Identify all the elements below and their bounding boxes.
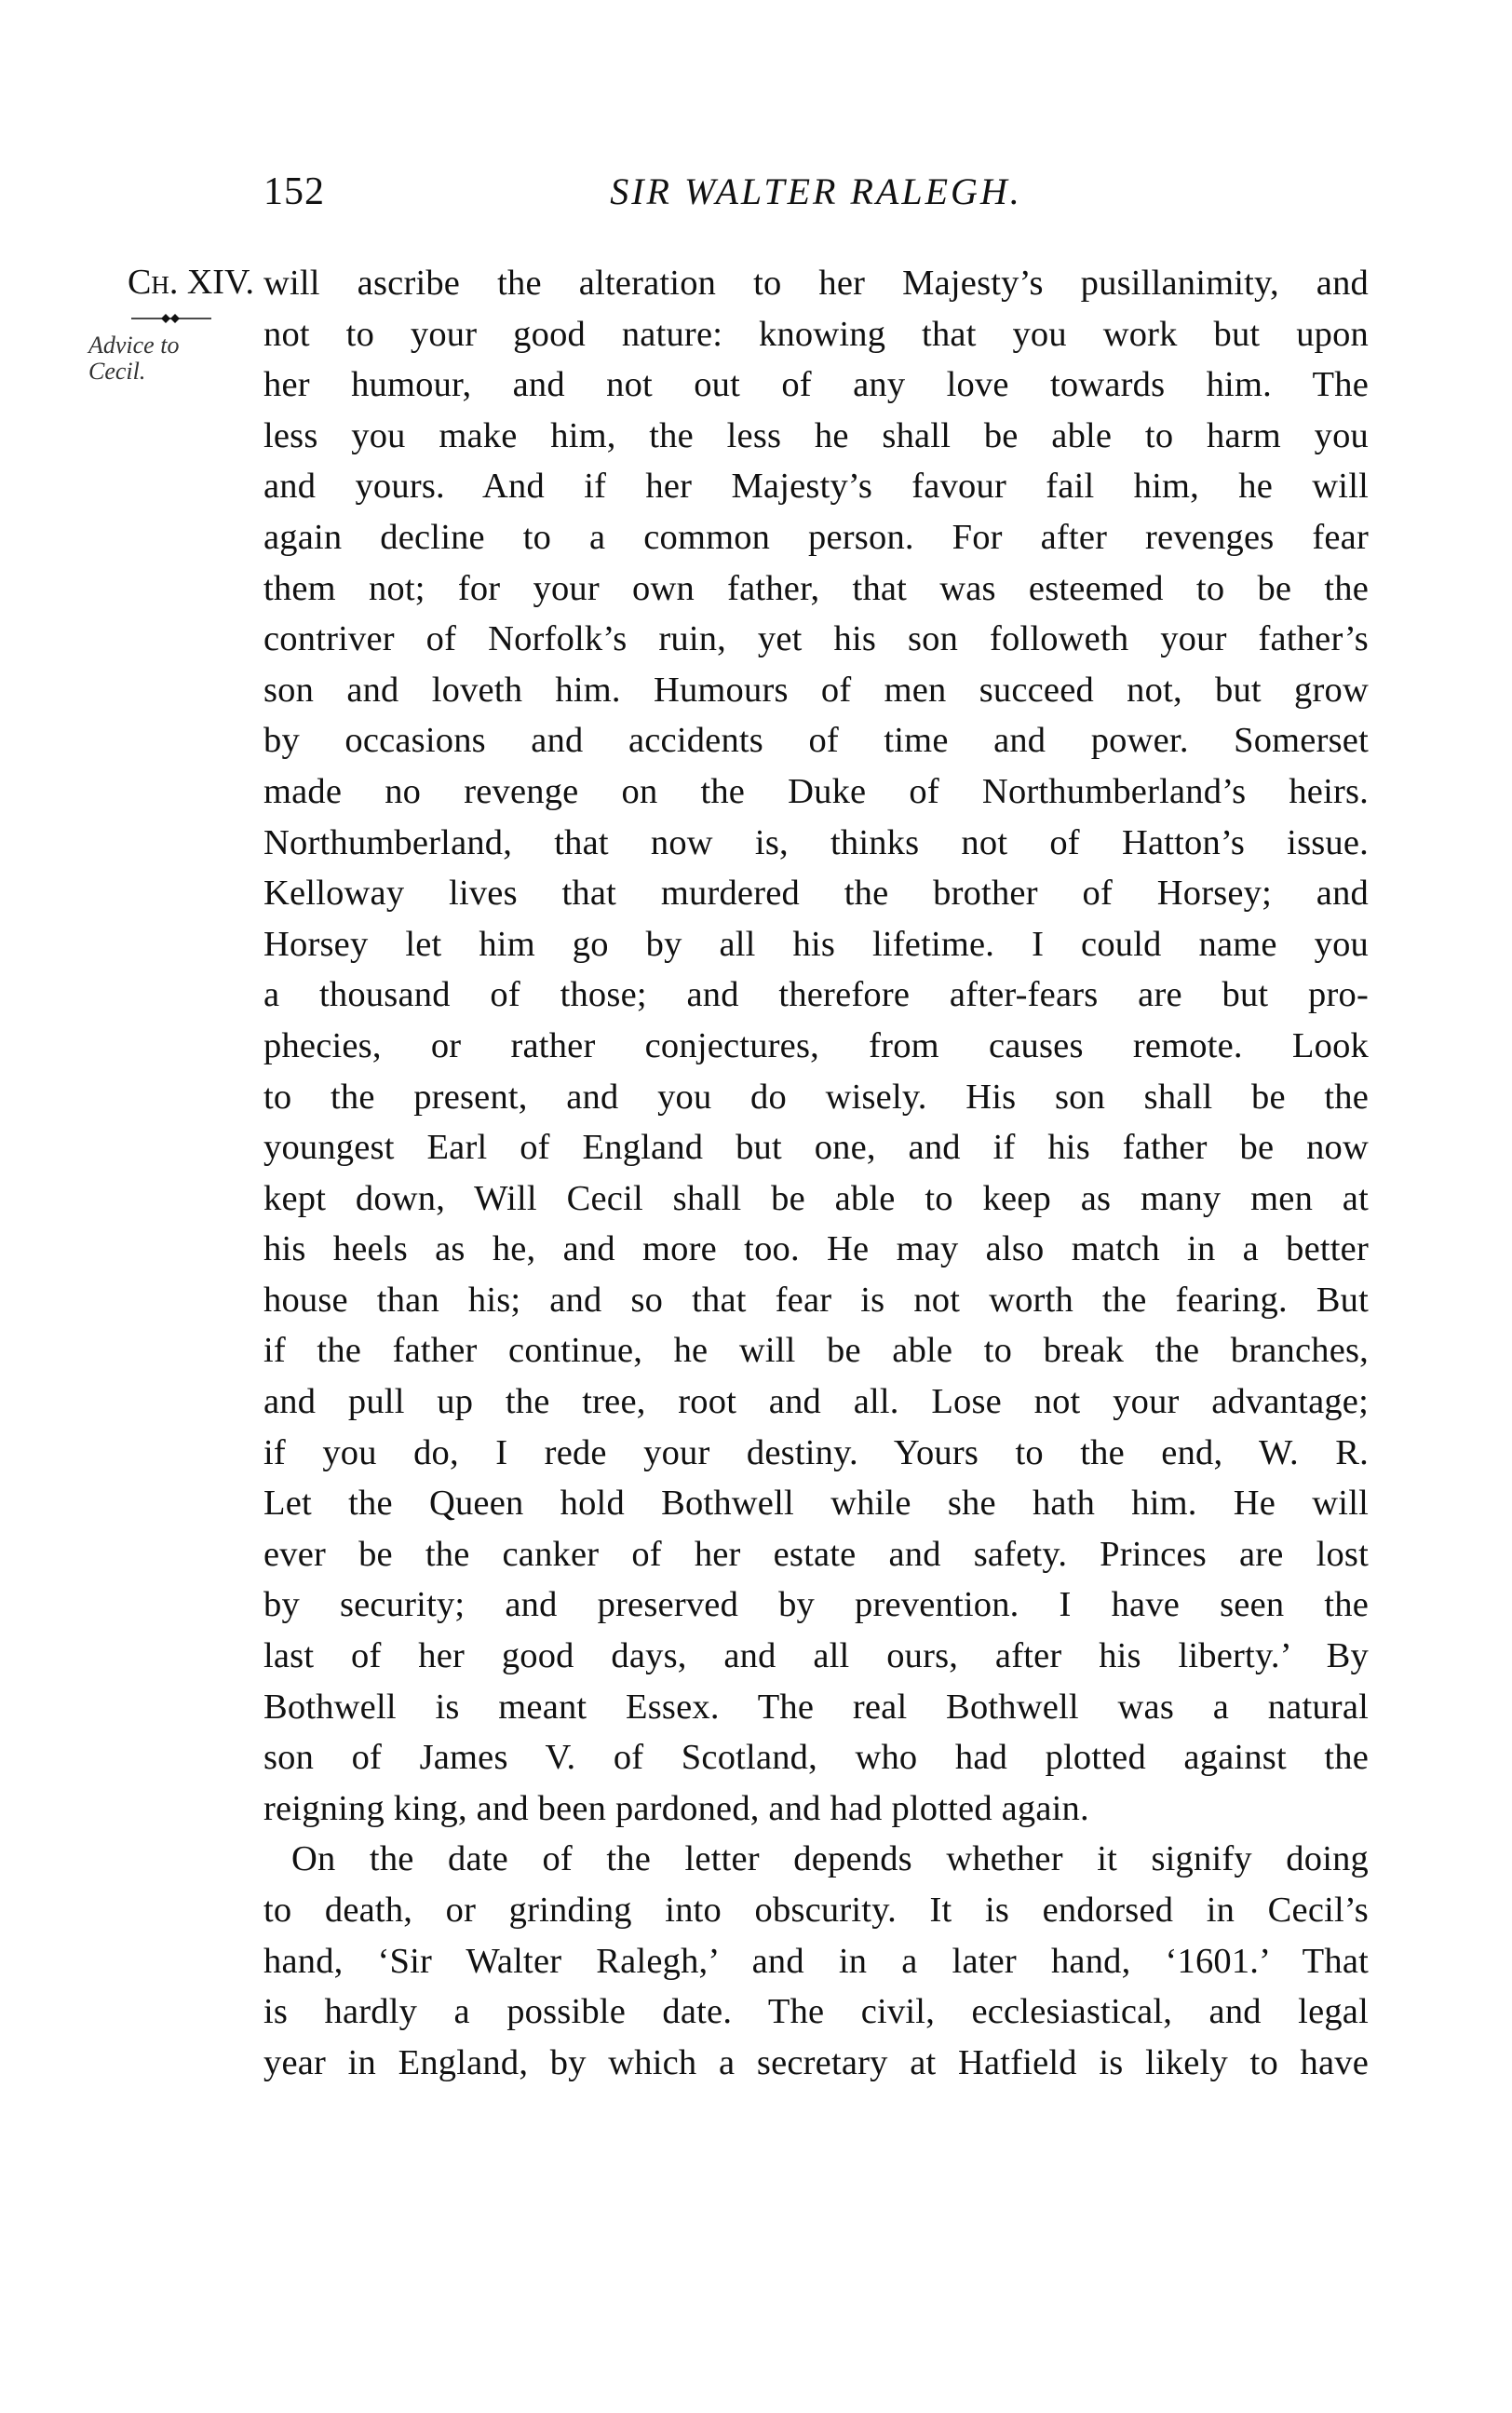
- text-line: her humour, and not out of any love towa…: [263, 359, 1369, 411]
- text-line-paragraph-end: reigning king, and been pardoned, and ha…: [263, 1783, 1369, 1835]
- running-head: 152 SIR WALTER RALEGH.: [263, 164, 1369, 220]
- margin-column: Ch. XIV. Advice to Cecil.: [88, 258, 256, 385]
- text-line: to death, or grinding into obscurity. It…: [263, 1885, 1369, 1936]
- text-line: year in England, by which a secretary at…: [263, 2038, 1369, 2089]
- text-line: contriver of Norfolk’s ruin, yet his son…: [263, 614, 1369, 665]
- body-text: will ascribe the alteration to her Majes…: [263, 258, 1369, 2088]
- diamond-rule-ornament-icon: [129, 312, 213, 325]
- text-line: Let the Queen hold Bothwell while she ha…: [263, 1478, 1369, 1529]
- text-line: Northumberland, that now is, thinks not …: [263, 818, 1369, 869]
- sidenote-line-2: Cecil.: [88, 359, 219, 385]
- text-line: hand, ‘Sir Walter Ralegh,’ and in a late…: [263, 1936, 1369, 1987]
- running-title: SIR WALTER RALEGH.: [263, 164, 1369, 220]
- text-line: and yours. And if her Majesty’s favour f…: [263, 461, 1369, 512]
- text-line: last of her good days, and all ours, aft…: [263, 1631, 1369, 1682]
- text-line: a thousand of those; and therefore after…: [263, 969, 1369, 1021]
- text-line: again decline to a common person. For af…: [263, 512, 1369, 563]
- text-line: son of James V. of Scotland, who had plo…: [263, 1732, 1369, 1783]
- text-line: Bothwell is meant Essex. The real Bothwe…: [263, 1682, 1369, 1733]
- text-line: made no revenge on the Duke of Northumbe…: [263, 766, 1369, 818]
- text-line: youngest Earl of England but one, and if…: [263, 1122, 1369, 1173]
- chapter-prefix: Ch.: [128, 263, 178, 302]
- text-line: if you do, I rede your destiny. Yours to…: [263, 1428, 1369, 1479]
- sidenote-line-1: Advice to: [88, 332, 219, 359]
- text-line: to the present, and you do wisely. His s…: [263, 1072, 1369, 1123]
- text-line: is hardly a possible date. The civil, ec…: [263, 1986, 1369, 2038]
- text-line: will ascribe the alteration to her Majes…: [263, 258, 1369, 309]
- text-line: by occasions and accidents of time and p…: [263, 715, 1369, 766]
- text-line: Kelloway lives that murdered the brother…: [263, 868, 1369, 919]
- book-page: 152 SIR WALTER RALEGH. Ch. XIV. Advice t…: [0, 0, 1512, 2413]
- chapter-label: Ch. XIV.: [88, 258, 254, 306]
- text-line: son and loveth him. Humours of men succe…: [263, 665, 1369, 716]
- text-line: kept down, Will Cecil shall be able to k…: [263, 1173, 1369, 1225]
- text-line: his heels as he, and more too. He may al…: [263, 1224, 1369, 1275]
- text-line: not to your good nature: knowing that yo…: [263, 309, 1369, 360]
- text-line: phecies, or rather conjectures, from cau…: [263, 1021, 1369, 1072]
- text-line-paragraph-start: On the date of the letter depends whethe…: [263, 1834, 1369, 1885]
- text-line: and pull up the tree, root and all. Lose…: [263, 1376, 1369, 1428]
- text-line: less you make him, the less he shall be …: [263, 411, 1369, 462]
- text-line: Horsey let him go by all his lifetime. I…: [263, 919, 1369, 970]
- text-line: if the father continue, he will be able …: [263, 1325, 1369, 1376]
- text-line: ever be the canker of her estate and saf…: [263, 1529, 1369, 1580]
- marginal-sidenote: Advice to Cecil.: [88, 332, 219, 385]
- chapter-number: XIV.: [187, 263, 254, 302]
- text-line: them not; for your own father, that was …: [263, 563, 1369, 615]
- text-line: house than his; and so that fear is not …: [263, 1275, 1369, 1326]
- text-line: by security; and preserved by prevention…: [263, 1579, 1369, 1631]
